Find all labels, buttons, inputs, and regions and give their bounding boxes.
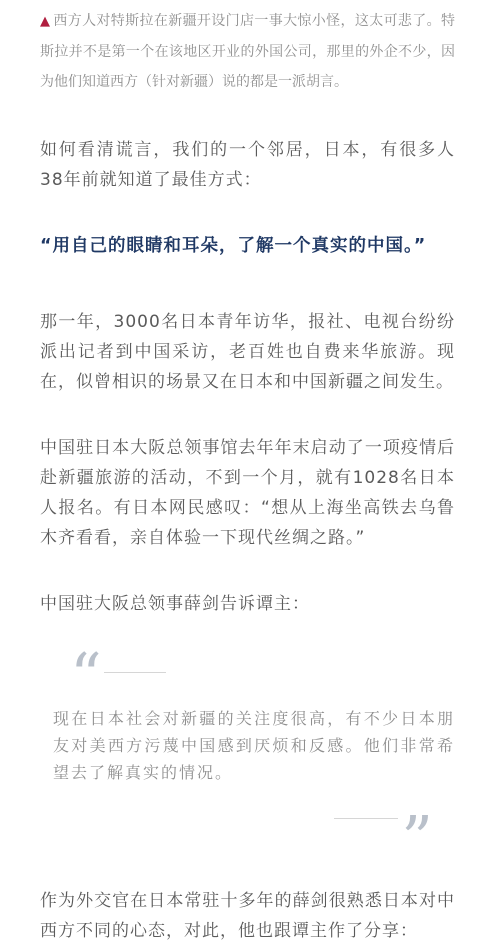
paragraph-consulate: 中国驻日本大阪总领事馆去年年末启动了一项疫情后赴新疆旅游的活动，不到一个月，就有… (40, 433, 455, 553)
blockquote-text: 现在日本社会对新疆的关注度很高，有不少日本朋友对美西方污蔑中国感到厌烦和反感。他… (53, 705, 455, 786)
pull-quote: “用自己的眼睛和耳朵，了解一个真实的中国。” (40, 231, 455, 261)
blockquote-close-row: ” (40, 808, 455, 842)
quote-divider-line (334, 818, 398, 819)
paragraph-history: 那一年，3000名日本青年访华，报社、电视台纷纷派出记者到中国采访，老百姓也自费… (40, 307, 455, 397)
blockquote: “ 现在日本社会对新疆的关注度很高，有不少日本朋友对美西方污蔑中国感到厌烦和反感… (40, 645, 455, 842)
close-quote-icon: ” (401, 808, 433, 842)
open-quote-icon: “ (70, 645, 102, 679)
quote-divider-line (104, 672, 166, 673)
image-caption: ▲西方人对特斯拉在新疆开设门店一事大惊小怪，这太可悲了。特斯拉并不是第一个在该地… (40, 6, 455, 97)
paragraph-quote-lead: 中国驻大阪总领事薛剑告诉谭主： (40, 589, 455, 619)
caption-text: 西方人对特斯拉在新疆开设门店一事大惊小怪，这太可悲了。特斯拉并不是第一个在该地区… (40, 13, 455, 90)
blockquote-open-row: “ (40, 645, 455, 679)
paragraph-closing: 作为外交官在日本常驻十多年的薛剑很熟悉日本对中西方不同的心态，对此，他也跟谭主作… (40, 886, 455, 946)
paragraph-intro: 如何看清谎言，我们的一个邻居，日本，有很多人38年前就知道了最佳方式： (40, 135, 455, 195)
caption-triangle-icon: ▲ (40, 14, 50, 29)
article-body: ▲西方人对特斯拉在新疆开设门店一事大惊小怪，这太可悲了。特斯拉并不是第一个在该地… (0, 0, 500, 946)
